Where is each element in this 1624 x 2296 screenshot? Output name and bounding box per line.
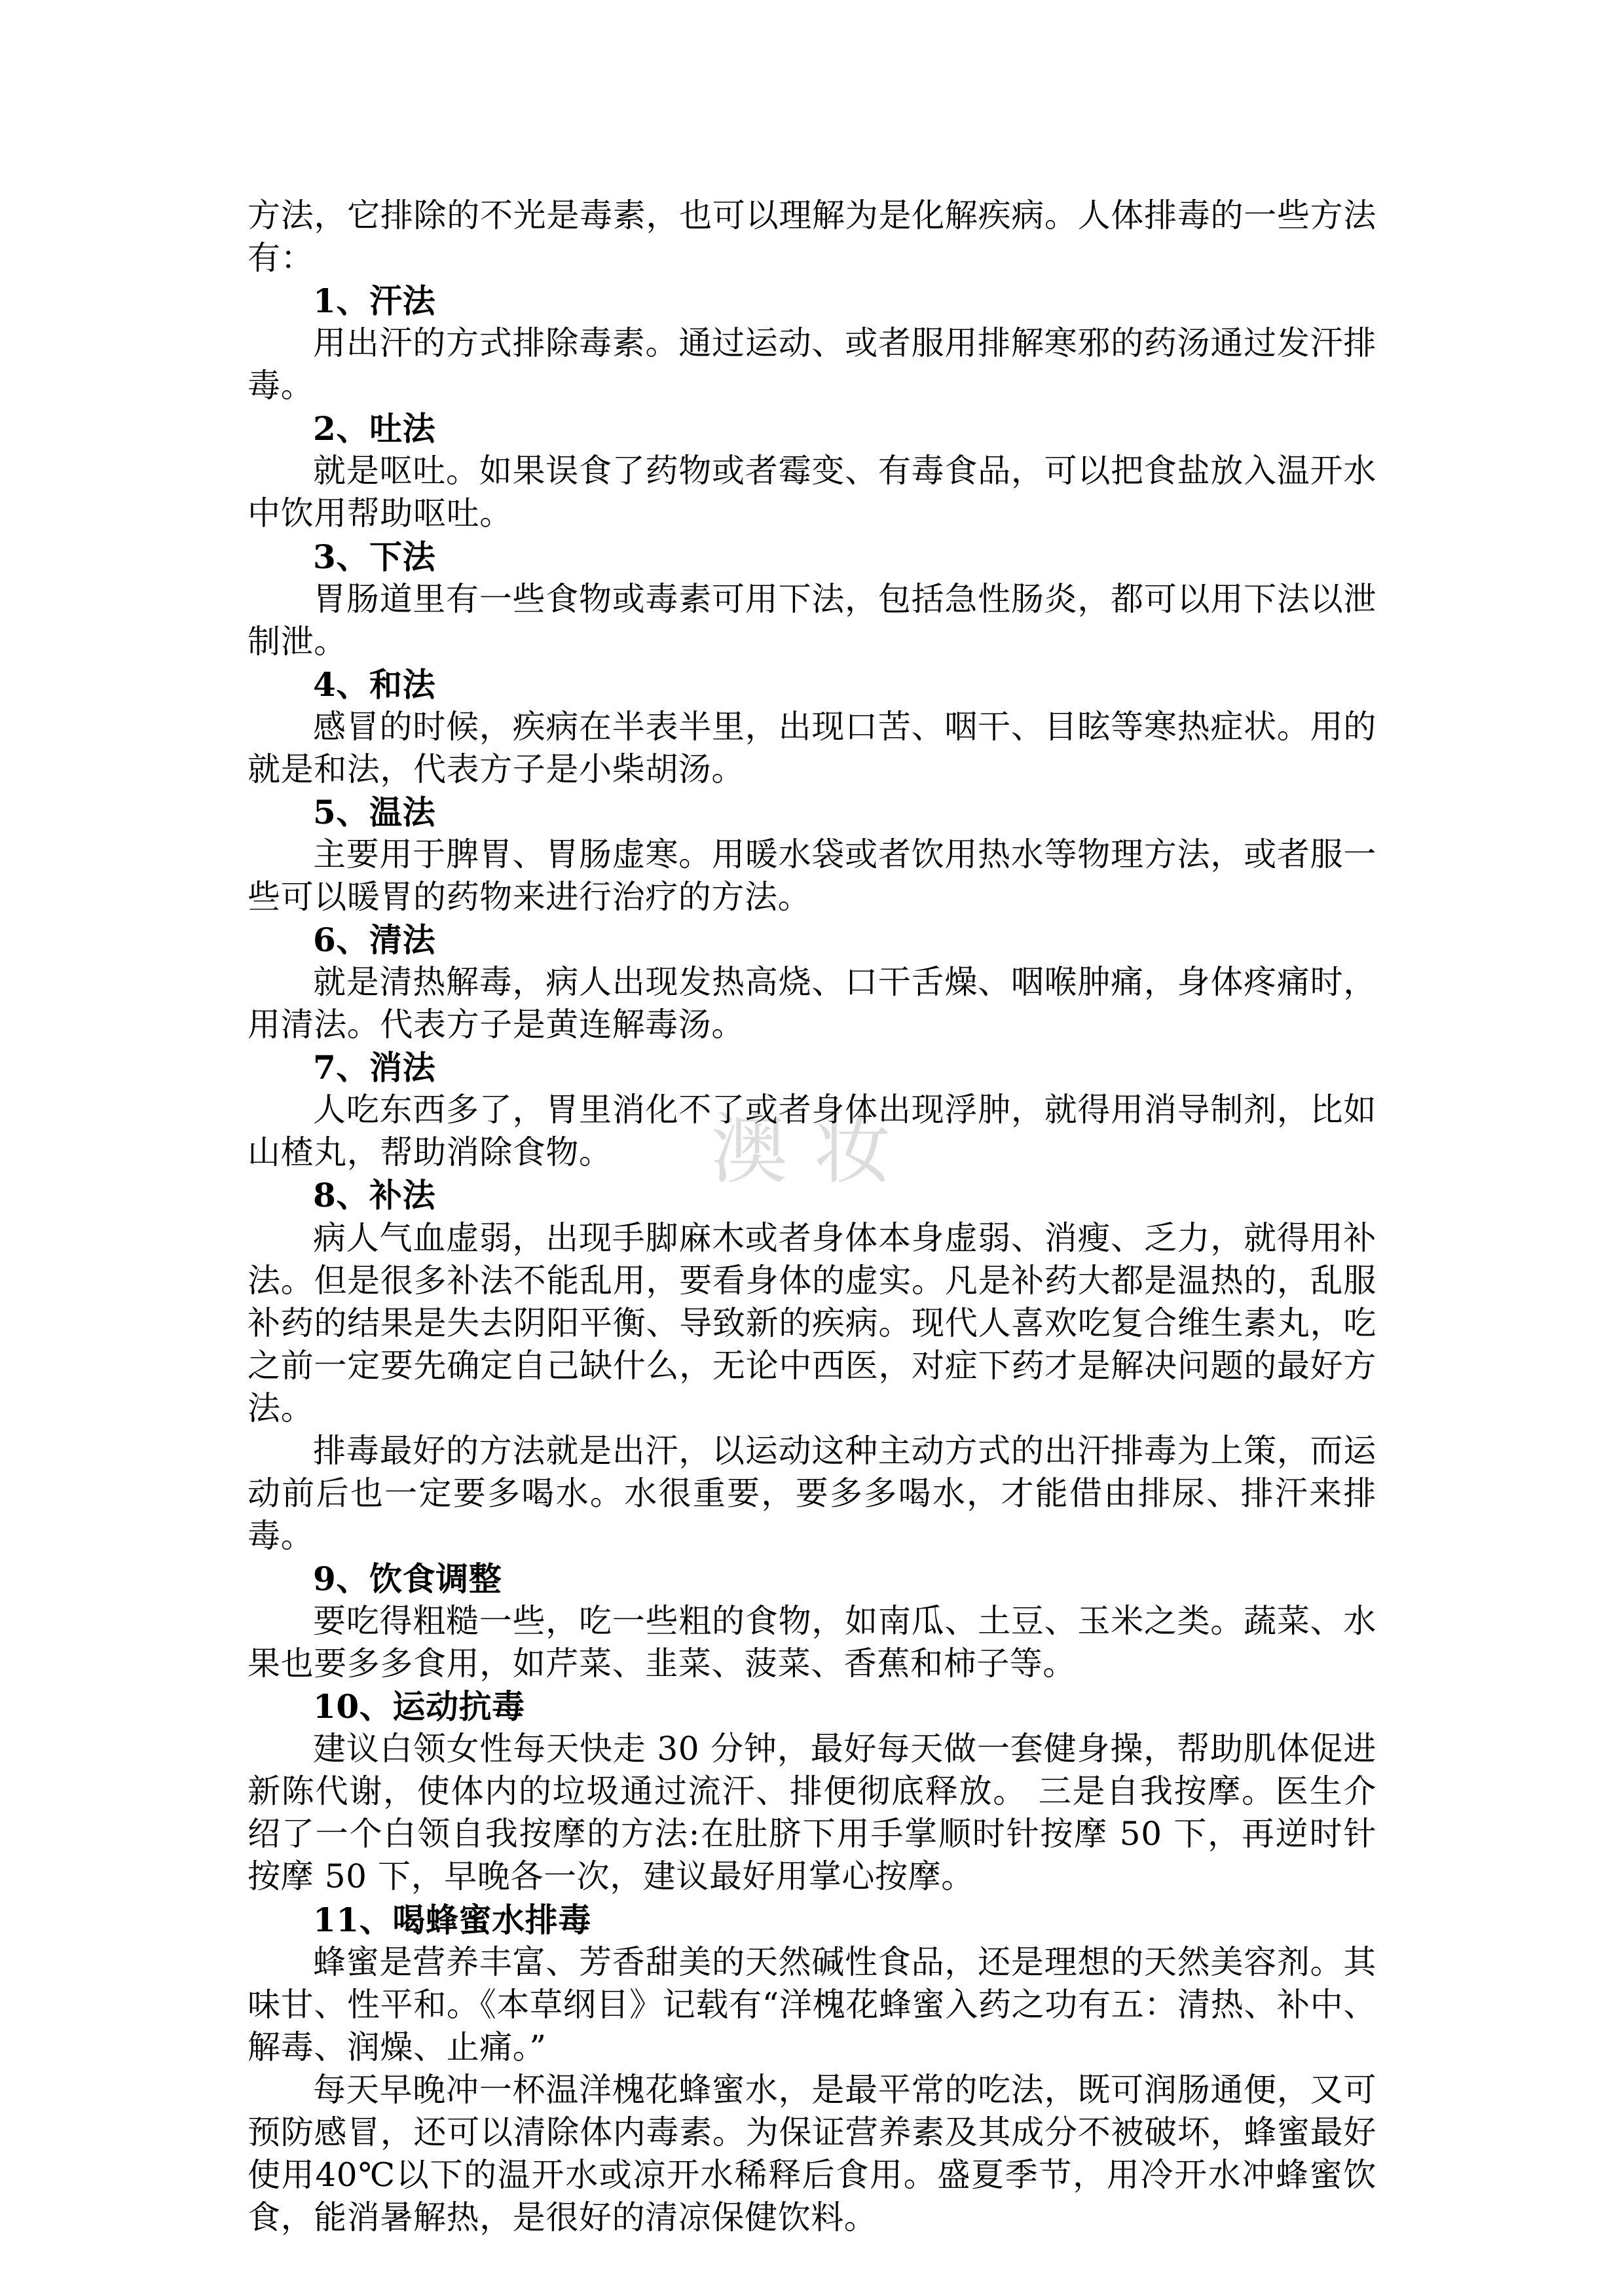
section-heading-purge-method: 3、下法 xyxy=(248,536,1376,578)
paragraph: 胃肠道里有一些食物或毒素可用下法，包括急性肠炎，都可以用下法以泄制泄。 xyxy=(248,578,1376,663)
paragraph: 用出汗的方式排除毒素。通过运动、或者服用排解寒邪的药汤通过发汗排毒。 xyxy=(248,322,1376,407)
paragraph: 感冒的时候，疾病在半表半里，出现口苦、咽干、目眩等寒热症状。用的就是和法，代表方… xyxy=(248,706,1376,791)
section-heading-harmonize-method: 4、和法 xyxy=(248,663,1376,706)
paragraph: 主要用于脾胃、胃肠虚寒。用暖水袋或者饮用热水等物理方法，或者服一些可以暖胃的药物… xyxy=(248,833,1376,919)
section-heading-honey-water-detox: 11、喝蜂蜜水排毒 xyxy=(248,1899,1376,1941)
document-page: 方法，它排除的不光是毒素，也可以理解为是化解疾病。人体排毒的一些方法有： 1、汗… xyxy=(248,194,1376,2239)
section-heading-tonify-method: 8、补法 xyxy=(248,1174,1376,1216)
section-heading-diet-adjustment: 9、饮食调整 xyxy=(248,1558,1376,1600)
section-heading-digest-method: 7、消法 xyxy=(248,1046,1376,1089)
paragraph: 人吃东西多了，胃里消化不了或者身体出现浮肿，就得用消导制剂，比如山楂丸，帮助消除… xyxy=(248,1089,1376,1174)
section-heading-warm-method: 5、温法 xyxy=(248,791,1376,833)
paragraph: 病人气血虚弱，出现手脚麻木或者身体本身虚弱、消瘦、乏力，就得用补法。但是很多补法… xyxy=(248,1217,1376,1430)
paragraph: 每天早晚冲一杯温洋槐花蜂蜜水，是最平常的吃法，既可润肠通便，又可预防感冒，还可以… xyxy=(248,2069,1376,2239)
section-heading-vomit-method: 2、吐法 xyxy=(248,407,1376,450)
section-heading-sweat-method: 1、汗法 xyxy=(248,280,1376,322)
paragraph: 就是呕吐。如果误食了药物或者霉变、有毒食品，可以把食盐放入温开水中饮用帮助呕吐。 xyxy=(248,450,1376,535)
paragraph: 建议白领女性每天快走 30 分钟，最好每天做一套健身操，帮助肌体促进新陈代谢，使… xyxy=(248,1728,1376,1898)
intro-paragraph: 方法，它排除的不光是毒素，也可以理解为是化解疾病。人体排毒的一些方法有： xyxy=(248,194,1376,280)
paragraph: 蜂蜜是营养丰富、芳香甜美的天然碱性食品，还是理想的天然美容剂。其味甘、性平和。《… xyxy=(248,1941,1376,2069)
section-heading-clear-method: 6、清法 xyxy=(248,919,1376,961)
section-heading-exercise-detox: 10、运动抗毒 xyxy=(248,1685,1376,1728)
paragraph: 排毒最好的方法就是出汗，以运动这种主动方式的出汗排毒为上策，而运动前后也一定要多… xyxy=(248,1430,1376,1558)
paragraph: 要吃得粗糙一些，吃一些粗的食物，如南瓜、土豆、玉米之类。蔬菜、水果也要多多食用，… xyxy=(248,1600,1376,1685)
paragraph: 就是清热解毒，病人出现发热高烧、口干舌燥、咽喉肿痛，身体疼痛时，用清法。代表方子… xyxy=(248,961,1376,1046)
